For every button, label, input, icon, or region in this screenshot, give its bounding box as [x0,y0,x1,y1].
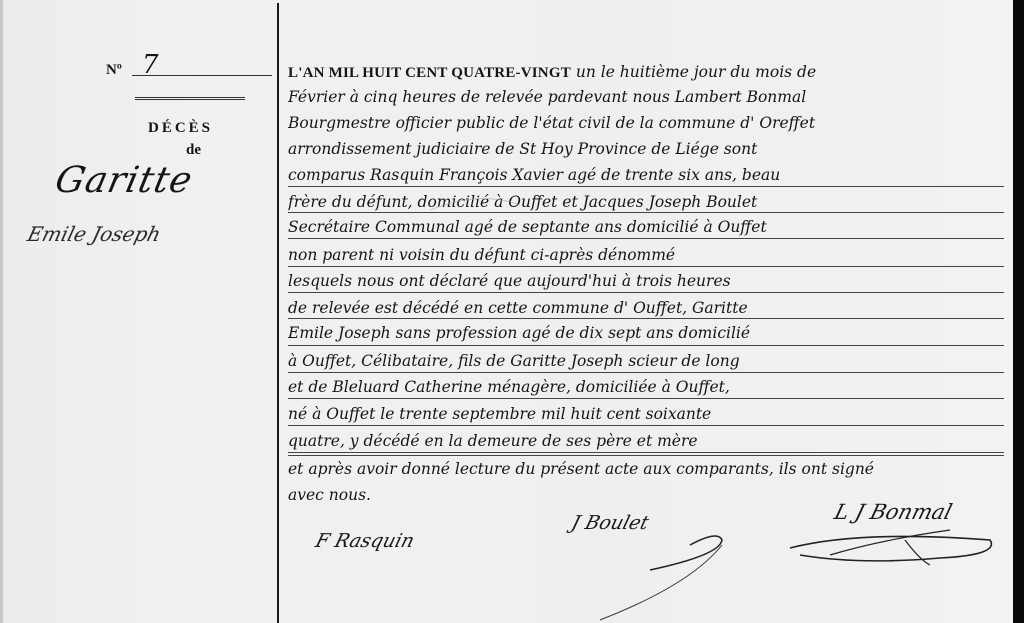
line-text: un le huitième jour du mois de [571,63,816,81]
double-rule-divider [135,97,245,100]
record-number-label: Nº [106,62,122,79]
signature-boulet: J Boulet [569,512,651,534]
line-text: Février à cinq heures de relevée pardeva… [288,88,806,106]
signature-rasquin: F Rasquin [313,530,417,552]
margin-column: Nº 7 DÉCÈS de Garitte Emile Joseph [0,0,277,623]
line-text: comparus Rasquin François Xavier agé de … [288,166,780,184]
line-text: Bourgmestre officier public de l'état ci… [288,114,815,132]
line-text: frère du défunt, domicilié à Ouffet et J… [288,193,757,211]
deces-heading: DÉCÈS [148,120,213,137]
deceased-given-names: Emile Joseph [25,222,163,246]
number-underline [132,75,272,76]
record-line-16: et après avoir donné lecture du présent … [288,460,1004,486]
record-line-2: Février à cinq heures de relevée pardeva… [288,88,1004,114]
line-text: né à Ouffet le trente septembre mil huit… [288,405,711,423]
line-text: à Ouffet, Célibataire, fils de Garitte J… [288,352,740,370]
line-text: et après avoir donné lecture du présent … [288,460,874,478]
line-text: Emile Joseph sans profession agé de dix … [288,324,750,342]
record-line-10: de relevée est décédé en cette commune d… [288,299,1004,325]
line-text: de relevée est décédé en cette commune d… [288,299,748,317]
record-line-4: arrondissement judiciaire de St Hoy Prov… [288,140,1004,166]
record-line-14: né à Ouffet le trente septembre mil huit… [288,405,1004,431]
margin-divider-line [277,3,279,623]
line-text: quatre, y décédé en la demeure de ses pè… [288,432,698,450]
ruled-line [288,455,1004,456]
record-line-6: frère du défunt, domicilié à Ouffet et J… [288,193,1004,219]
record-line-3: Bourgmestre officier public de l'état ci… [288,114,1004,140]
record-line-5: comparus Rasquin François Xavier agé de … [288,166,1004,192]
line-text: avec nous. [288,486,371,504]
line-text: et de Bleluard Catherine ménagère, domic… [288,378,730,396]
death-record-page: Nº 7 DÉCÈS de Garitte Emile Joseph L'AN … [0,0,1024,623]
signature-bonmal: L J Bonmal [832,500,955,524]
deceased-surname: Garitte [52,160,197,201]
record-line-8: non parent ni voisin du défunt ci-après … [288,246,1004,272]
line-text: Secrétaire Communal agé de septante ans … [288,218,767,236]
record-line-12: à Ouffet, Célibataire, fils de Garitte J… [288,352,1004,378]
line-text: lesquels nous ont déclaré que aujourd'hu… [288,272,731,290]
record-line-11: Emile Joseph sans profession agé de dix … [288,324,1004,350]
record-line-9: lesquels nous ont déclaré que aujourd'hu… [288,272,1004,298]
deces-de-heading: de [186,142,201,159]
record-line-13: et de Bleluard Catherine ménagère, domic… [288,378,1004,404]
line-text: non parent ni voisin du défunt ci-après … [288,246,675,264]
record-line-7: Secrétaire Communal agé de septante ans … [288,218,1004,244]
record-line-1: L'AN MIL HUIT CENT QUATRE-VINGT un le hu… [288,63,1004,89]
scan-border [1013,0,1024,623]
printed-year-prefix: L'AN MIL HUIT CENT QUATRE-VINGT [288,65,571,81]
line-text: arrondissement judiciaire de St Hoy Prov… [288,140,757,158]
